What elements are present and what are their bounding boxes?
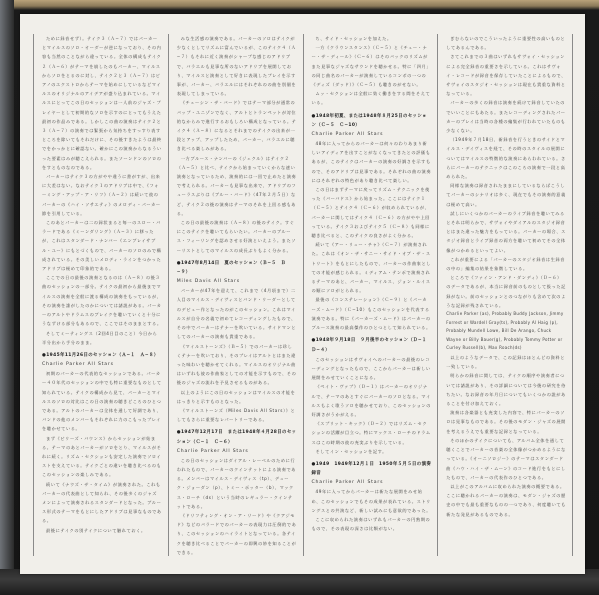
paragraph: 最後にテイクの別テイクについて触れておく。 — [42, 526, 162, 535]
paragraph: ぎむらないのでこういったように重要性の高いものとしてあるんである。 — [446, 34, 566, 52]
paragraph: ここでの日の最後の演奏となるのは（Ａ−８）の後３曲のセッションの一部分。テイクの… — [42, 273, 162, 328]
paragraph: 明らかの録音に関しては、テイクの順序や演奏者については諸説があり、その詳細につい… — [446, 371, 566, 408]
column-1: ために録音せず）。テイク３（Ａ−７）ではパーカーとマイルスのソロ・オーダーが逆に… — [33, 34, 168, 556]
paragraph: 同様な演奏は録音されたままにしているならばこうしてパーカーのシナリオは多く、現在… — [446, 181, 566, 209]
paragraph: 《ペイト・ヴァプ》（Ｄ−１）はパーカーのオリジナルで、テーマのあとすぐにパーカー… — [312, 382, 432, 419]
column-3: ち、サイド・セッションを加えた。一方《クラウンスタンス》（Ｃ−５）と《チュー・ナ… — [303, 34, 438, 556]
session-heading: ●1948年９月18日 ９月後半のセッション（Ｄ−１ Ｄ−４） — [312, 336, 432, 354]
paragraph: 最後の《コンステレーション》（Ｃ−９）と《パーカーズ・ムード》（Ｃ−10）もこの… — [312, 295, 432, 332]
paragraph: 《ドリフティング・オン・ア・リード》や《クアジモド》などのバラードでのパーカーの… — [177, 511, 297, 556]
band-name: Charlie Parker All Stars — [312, 130, 432, 139]
paragraph: 48年に入ってからのパーカーは何々のわりあまり新しいアイディアを出すことがなくな… — [312, 139, 432, 185]
personnel-credits: Charlie Parker (as), Probably Buddy Jack… — [446, 310, 566, 353]
paragraph: パーカーが47年を迎えて、これまで（4月頃まで）二人目のマイルス・デイヴィスとバ… — [177, 286, 297, 341]
band-name: Charlie Parker All Stars — [312, 478, 432, 487]
paragraph: 演奏は各楽器とも充実した内容で、特にパーカーのソロは見事なものである。その後のモ… — [446, 408, 566, 436]
paragraph: ところで《ファイン・アンド・ダンディ》（Ｄ−６）のデータであるが、本当に録音前の… — [446, 273, 566, 310]
paragraph: そのほかのテイクについても、アルバム全体を通して聴くことでパーカーの音楽の全体像… — [446, 436, 566, 482]
paragraph: 続いて《アー・リュー・チャ》（Ｃ−７）が演奏された。これは《オン・ザ・サニー・サ… — [312, 240, 432, 295]
band-name: Charlie Parker All Stars — [177, 447, 297, 456]
session-heading: ●1947年12月17日 または1948年４月28日のセッション（Ｃ−１ Ｃ−６… — [177, 428, 297, 446]
paragraph: パーカーはテイク３の方がやや違うに書がすが、出来に大差はない。なおテイク１のアド… — [42, 172, 162, 218]
paragraph: 《マイルストーンズ（Miles Davis All Stars）》としてもさらに… — [177, 406, 297, 424]
paragraph: これが重要による「パーカーのスタジオ録音は生録音の中の」編集の結果を象徴している… — [446, 255, 566, 273]
paragraph: みな生活感の演奏である。パーカーのソロはテイクが少なくとしてリズムに富んでいるが… — [177, 34, 297, 98]
paragraph: 以上のようにこの日のセッションはマイルスの才能をはっきりと示すものとなった。 — [177, 388, 297, 406]
paragraph: そしてミーティングス（2回4日目のこと）今日から半分出から手分のまま。 — [42, 329, 162, 347]
paragraph: 49年に入ってからパーカーは新たな展開をみせ始め、このセッションでもその成果が表… — [312, 487, 432, 515]
session-heading: ●1948年初夏、または1948年８月25日のセッション（Ｃ−５ Ｃ−10） — [312, 112, 432, 130]
paragraph: さてこれまでの３曲はいずれもサヴォイ・セッションによる完全録音の重要さを示してい… — [446, 52, 566, 98]
column-2: みな生活感の演奏である。パーカーのソロはテイクが少なくとしてリズムに富んでいるが… — [168, 34, 303, 556]
paragraph: 《マイルストーンズ》（Ｂ−５）でのパーカーは珍しくテナーを吹いており、そのプレイ… — [177, 342, 297, 388]
paragraph: ここに収められた演奏はいずれもパーカーの円熟期のもので、その表現の深さは比類がな… — [312, 515, 432, 533]
paragraph: このあとパーカーは二の録状まると毎一のスロー・バラードである《ミーンダリング》（… — [42, 218, 162, 273]
paragraph: 試しにいくつかのパーカーのライブ録音を聴いてみるとそれは明らかで、サヴォイやダイ… — [446, 209, 566, 255]
paragraph: そしてイン・セッションを記す。 — [312, 447, 432, 456]
paragraph: この日のセッションはダイアル・レーベルのために行われたもので、パーカーのクインテ… — [177, 456, 297, 511]
paragraph: 続いて《ナウズ・ザ・タイム》が演奏された。これもパーカーの代表曲として知られ、そ… — [42, 480, 162, 526]
band-name: Charlie Parker All Stars — [42, 360, 162, 369]
paragraph: 《スプリット・キック》（Ｄ−２）ではリズム・セクションの活躍が目立つ。特にマック… — [312, 419, 432, 447]
paragraph: 一方《クラウンスタンス》（Ｃ−５）と《チュー・ナー・ザ・ディール》（Ｃ−６）はそ… — [312, 43, 432, 89]
band-name: Miles Davis All Stars — [177, 277, 297, 286]
paragraph: 初期のパーカーの代表的なセッションである。パーカー４０年代のセッションの中でも特… — [42, 369, 162, 433]
text-columns: ために録音せず）。テイク３（Ａ−７）ではパーカーとマイルスのソロ・オーダーが逆に… — [33, 34, 573, 556]
paragraph: このセッションはサヴォイへのパーカーの最後のレコーディングとなったもので、ここか… — [312, 355, 432, 383]
session-heading: ●1947年8月14日 夏のセッション（Ｂ−５ Ｂ−９） — [177, 259, 297, 277]
paragraph: ムッ・セクションは全般に効く働きをする間をそえている。 — [312, 89, 432, 107]
liner-notes-sheet: ために録音せず）。テイク３（Ａ−７）ではパーカーとマイルスのソロ・オーダーが逆に… — [20, 14, 585, 574]
paragraph: この日はまずテーマに戻ってリズム・テクニックを使った《バーバドス》から始まった。… — [312, 185, 432, 240]
paragraph: この日の最後の演奏は（Ａ−８）の後のテイク。すぐにこのテイクを聴いてもらいたい。… — [177, 218, 297, 255]
column-4: ぎむらないのでこういったように重要性の高いものとしてあるんである。さてこれまでの… — [437, 34, 573, 556]
paragraph: まず《ビリーズ・バウンス》からセッションが始まる。テーマのあとパーカーがソロをと… — [42, 434, 162, 480]
surface-edge — [0, 0, 14, 595]
paragraph: パーカーの多くの録音は演奏を続けて録音していたのでいいことにもあたる。またレコー… — [446, 98, 566, 135]
paragraph: ために録音せず）。テイク３（Ａ−７）ではパーカーとマイルスのソロ・オーダーが逆に… — [42, 34, 162, 172]
session-heading: ●1949 1949年12月１日 1950年５月５日の演奏録音 — [312, 460, 432, 478]
session-heading: ●1945年11月26日のセッション（Ａ−１ Ａ−８） — [42, 351, 162, 360]
paragraph: （1949年７月18日、新録音を行うときのサイドとマイルス・デイヴィスを経て、そ… — [446, 135, 566, 181]
paragraph: 《チェーシン・ザ・バード》ではテーマ部分が通常のバップ・ユニゾンでなく、アルトと… — [177, 98, 297, 153]
paragraph: 以上がこのアルバムに収められた演奏の概要である。ここに聴かれるパーカーの演奏は、… — [446, 482, 566, 519]
paragraph: ち、サイド・セッションを加えた。 — [312, 34, 432, 43]
paragraph: 一方ブルース・ナンバーの《ジェクル》はテイク２（Ａ−５）と比べ、テイクから始まっ… — [177, 154, 297, 218]
paragraph: 以上のようなデータで、この記録はほとんどの資料と一致している。 — [446, 353, 566, 371]
